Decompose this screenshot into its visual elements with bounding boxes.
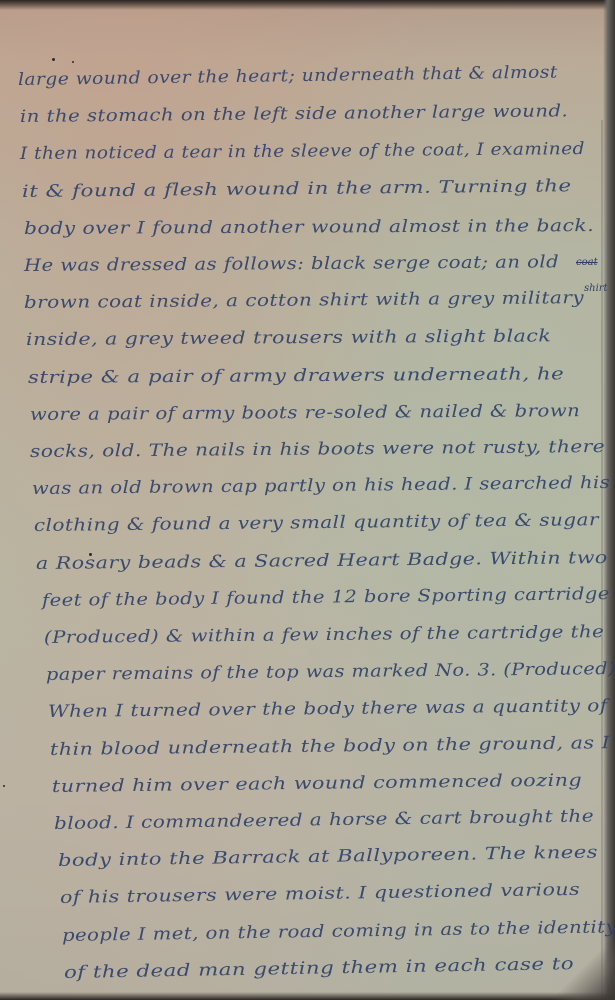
page-bottom-shadow — [0, 992, 615, 1000]
handwritten-line: it & found a flesh wound in the arm. Tur… — [22, 176, 572, 202]
handwritten-line: of his trousers were moist. I questioned… — [60, 880, 580, 908]
struck-word: coat — [576, 257, 598, 268]
inserted-word: shirt — [584, 283, 608, 294]
page-top-shadow — [0, 0, 615, 10]
handwritten-line: turned him over each wound commenced ooz… — [52, 770, 582, 796]
handwritten-line: clothing & found a very small quantity o… — [34, 510, 599, 536]
handwritten-line: brown coat inside, a cotton shirt with a… — [24, 288, 584, 313]
handwritten-line: He was dressed as follows: black serge c… — [24, 252, 559, 276]
ink-speck — [72, 61, 74, 63]
handwritten-line: When I turned over the body there was a … — [48, 697, 608, 723]
handwritten-line: was an old brown cap partly on his head.… — [32, 473, 610, 499]
handwritten-line: I then noticed a tear in the sleeve of t… — [20, 139, 585, 164]
document-page: large wound over the heart; underneath t… — [0, 0, 615, 1000]
handwritten-line: body into the Barrack at Ballyporeen. Th… — [58, 843, 598, 871]
handwritten-line: paper remains of the top was marked No. … — [46, 659, 615, 685]
handwritten-line: stripe & a pair of army drawers undernea… — [28, 364, 564, 388]
handwritten-line: body over I found another wound almost i… — [24, 216, 594, 239]
handwritten-line: inside, a grey tweed trousers with a sli… — [26, 327, 551, 351]
handwritten-line: large wound over the heart; underneath t… — [18, 62, 558, 90]
handwritten-line: feet of the body I found the 12 bore Spo… — [42, 584, 610, 611]
handwritten-line: of the dead man getting them in each cas… — [64, 954, 574, 983]
handwritten-line: a Rosary beads & a Sacred Heart Badge. W… — [36, 548, 608, 574]
handwritten-line: people I met, on the road coming in as t… — [62, 917, 615, 946]
page-right-edge — [603, 0, 615, 1000]
ink-speck — [52, 58, 55, 61]
handwritten-line: in the stomach on the left side another … — [20, 101, 568, 127]
handwritten-line: (Produced) & within a few inches of the … — [44, 622, 604, 648]
handwritten-line: socks, old. The nails in his boots were … — [30, 437, 605, 462]
handwritten-line: wore a pair of army boots re-soled & nai… — [30, 401, 580, 425]
handwritten-line: blood. I commandeered a horse & cart bro… — [54, 806, 594, 834]
ink-speck — [3, 785, 5, 787]
handwritten-line: thin blood underneath the body on the gr… — [50, 733, 610, 760]
